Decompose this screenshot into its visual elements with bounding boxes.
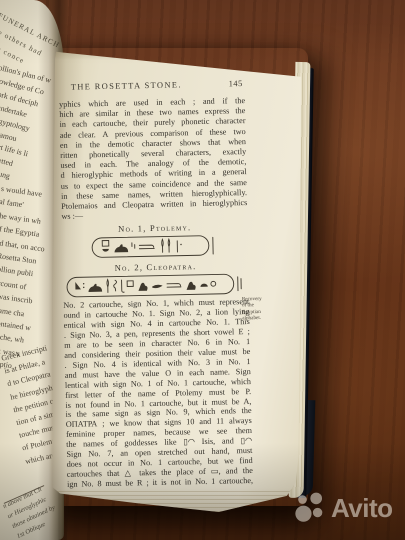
sledge-glyph: [139, 246, 154, 250]
running-title: THE ROSETTA STONE.: [71, 80, 182, 91]
paragraph-1: yphics which are used in each ; and if t…: [59, 96, 248, 222]
reed-leaf-glyph: [107, 280, 109, 293]
square-glyph: [127, 281, 133, 287]
avito-brand-text: Avito: [331, 493, 393, 524]
avito-logo-icon: [294, 492, 328, 525]
bird-glyph: [138, 283, 147, 291]
reed-leaves-glyph: [162, 240, 170, 253]
left-page-footnotes: n above that Chur Hieroglyphicthose obta…: [1, 482, 62, 540]
sledge-glyph: [167, 284, 181, 288]
staff-glyph: [177, 241, 182, 252]
bird-glyph-2: [186, 282, 195, 290]
ptolemy-cartouche-figure: [90, 233, 220, 261]
page-content: THE ROSETTA STONE. 145 yphics which are …: [58, 48, 253, 489]
bread-egg-glyphs: [200, 282, 215, 288]
book-photo: FUNERAL ARCHree others hadwere conce oll…: [0, 0, 405, 540]
right-page: THE ROSETTA STONE. 145 yphics which are …: [50, 50, 302, 512]
lion-glyph: [88, 284, 102, 292]
margin-note-line: alphabet.: [242, 315, 280, 322]
cartouche-oval: [92, 236, 209, 258]
square-glyph: [102, 241, 109, 252]
hand-glyph: [152, 285, 162, 288]
lion-glyph: [114, 245, 128, 253]
rope-glyph: [114, 281, 117, 292]
knee-glyph: [75, 282, 84, 290]
page-number: 145: [229, 79, 243, 88]
avito-watermark: Avito: [294, 492, 393, 525]
page-header: THE ROSETTA STONE. 145: [71, 79, 243, 92]
cartouche-oval: [67, 275, 234, 298]
margin-note: Recoveryof theEgyptianalphabet.: [242, 296, 281, 322]
cleopatra-cartouche-figure: [64, 271, 248, 300]
paragraph-2: No. 2 cartouche, sign No. 1, which must …: [63, 297, 253, 489]
stroke-glyphs: [132, 243, 135, 249]
left-page-fragments-upper: ollion's plan of wnowledge of Cowork of …: [0, 62, 52, 188]
cartouche-end-bars: [238, 277, 242, 291]
figure-1-caption: No. 1, Ptolemy.: [62, 221, 248, 235]
hook-glyph: [122, 281, 125, 293]
